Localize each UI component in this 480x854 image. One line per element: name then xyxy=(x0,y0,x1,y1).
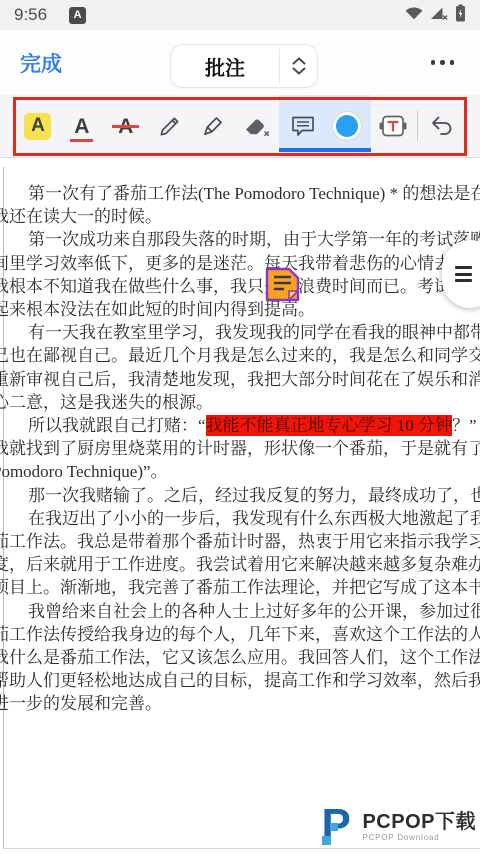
text-segment: 度，后来就用于工作进度。我尝试着用它来解决越来越多复杂难办的事情 xyxy=(0,555,480,574)
text-segment: 间里学习效率低下，更多的是迷茫。每天我带着悲伤的心情去学校，我 xyxy=(0,254,480,273)
dot xyxy=(440,60,445,65)
eraser-icon xyxy=(243,114,271,138)
page-bottom-edge xyxy=(3,848,480,849)
document-line: 茄工作法。我总是带着那个番茄计时器，热衷于用它来指示我学习的时间 xyxy=(0,530,480,553)
text-segment: 茄工作法传授给我身边的每个人，几年下来，喜欢这个工作法的人们越来 xyxy=(0,625,480,644)
text-segment: 我什么是番茄工作法，它又该怎么应用。我回答人们，这个工作法是我们 xyxy=(0,648,480,667)
text-segment: 有一天我在教室里学习，我发现我的同学在看我的眼神中都带着异样 xyxy=(28,323,480,342)
text-segment: 项目上。渐渐地，我完善了番茄工作法理论，并把它写成了这本书。 xyxy=(0,578,480,597)
strikethrough-text-tool[interactable]: A xyxy=(104,100,148,152)
pcpop-logo-icon: P xyxy=(321,806,357,848)
underline-text-tool[interactable]: A xyxy=(60,100,104,152)
color-swatch-tool[interactable] xyxy=(325,100,369,152)
strikethrough-icon: A xyxy=(116,116,135,137)
comment-icon xyxy=(290,114,316,138)
text-segment: 茄工作法。我总是带着那个番茄计时器，热衷于用它来指示我学习的时间 xyxy=(0,532,480,551)
document-line: 项目上。渐渐地，我完善了番茄工作法理论，并把它写成了这本书。 xyxy=(0,576,480,599)
watermark: P PCPOP下载 PCPOP Download xyxy=(321,806,476,848)
done-button[interactable]: 完成 xyxy=(20,48,62,78)
document-line: 有一天我在教室里学习，我发现我的同学在看我的眼神中都带着异样 xyxy=(0,321,480,344)
text-segment: 我曾给来自社会上的各种人士上过好多年的公开课，参加过很多次的 xyxy=(28,602,480,621)
annotation-toolbar: A A A xyxy=(0,95,480,158)
document-line: 我就找到了厨房里烧菜用的计时器，形状像一个番茄，于是就有了 xyxy=(0,437,480,460)
text-segment: 第一次有了番茄工作法(The Pomodoro Technique) * 的想法… xyxy=(28,184,480,203)
toolbar-divider xyxy=(417,111,418,141)
document-page[interactable]: 第一次有了番茄工作法(The Pomodoro Technique) * 的想法… xyxy=(0,159,480,854)
wifi-icon xyxy=(405,6,423,25)
more-options-button[interactable] xyxy=(427,56,459,69)
document-line: 茄工作法传授给我身边的每个人，几年下来，喜欢这个工作法的人们越来 xyxy=(0,623,480,646)
document-lines: 第一次有了番茄工作法(The Pomodoro Technique) * 的想法… xyxy=(0,182,480,716)
document-line: 在我迈出了小小的一步后，我发现有什么东西极大地激起了我对学习 xyxy=(0,507,480,530)
text-segment: 所以我就跟自己打赌：“ xyxy=(28,416,206,435)
document-line: 第一次成功来自那段失落的时期，由于大学第一年的考试落败，使我 xyxy=(0,228,480,251)
mode-label: 批注 xyxy=(171,45,279,87)
document-line: 进一步的发展和完善。 xyxy=(0,692,480,715)
marker-icon xyxy=(200,113,226,139)
clock: 9:56 xyxy=(14,5,47,25)
annotation-app-screen: 9:56 A 完成 批注 xyxy=(0,0,480,854)
eraser-tool[interactable] xyxy=(235,100,279,152)
text-segment: 我就找到了厨房里烧菜用的计时器，形状像一个番茄，于是就有了 xyxy=(0,439,480,458)
text-segment: Pomodoro Technique)”。 xyxy=(0,462,168,481)
text-segment: 己也在鄙视自己。最近几个月我是怎么过来的，我是怎么和同学交往的，我 xyxy=(0,346,480,365)
chevron-up-icon xyxy=(292,57,306,65)
pencil-icon xyxy=(157,113,183,139)
document-line: 我还在读大一的时候。 xyxy=(0,205,480,228)
marker-tool[interactable] xyxy=(192,100,236,152)
document-line: 帮助人们更轻松地达成自己的目标，提高工作和学习效率，然后我的番茄 xyxy=(0,669,480,692)
document-line: 心二意，这是我迷失的根源。 xyxy=(0,391,480,414)
fast-scroll-handle[interactable] xyxy=(442,240,480,308)
undo-icon xyxy=(429,115,455,137)
text-segment: 进一步的发展和完善。 xyxy=(0,694,162,713)
mode-spinner[interactable] xyxy=(280,45,317,87)
status-bar: 9:56 A xyxy=(0,0,480,30)
text-segment: 我还在读大一的时候。 xyxy=(0,207,162,226)
text-segment: 心二意，这是我迷失的根源。 xyxy=(0,393,213,412)
red-highlight-annotation[interactable]: 我能不能真正地专心学习 10 分钟 xyxy=(206,415,453,436)
watermark-subtitle: PCPOP Download xyxy=(362,834,476,842)
cellular-signal-off-icon xyxy=(430,6,448,25)
nav-bar: 完成 批注 xyxy=(0,30,480,95)
highlight-text-tool[interactable]: A xyxy=(16,100,60,152)
text-box-icon xyxy=(378,113,408,139)
document-line: 起来根本没法在如此短的时间内得到提高。 xyxy=(0,298,480,321)
text-box-tool[interactable] xyxy=(371,100,415,152)
document-line: 我根本不知道我在做些什么事，我只是在浪费时间而已。考试的日期越来 xyxy=(0,275,480,298)
watermark-title: PCPOP下载 xyxy=(362,812,476,832)
document-line: 度，后来就用于工作进度。我尝试着用它来解决越来越多复杂难办的事情 xyxy=(0,553,480,576)
text-segment: ？” 于是我 xyxy=(452,416,480,435)
text-segment: 那一次我赌输了。之后，经过我反复的努力，最终成功了，也就是专 xyxy=(28,486,480,505)
annotation-mode-selector[interactable]: 批注 xyxy=(170,44,318,88)
sticky-note-annotation[interactable] xyxy=(264,266,301,303)
highlight-icon: A xyxy=(24,113,51,140)
document-line: 己也在鄙视自己。最近几个月我是怎么过来的，我是怎么和同学交往的，我 xyxy=(0,344,480,367)
text-segment: 重新审视自己后，我清楚地发现，我把大部分时间花在了娱乐和消遣上， xyxy=(0,370,480,389)
document-line: 所以我就跟自己打赌：“我能不能真正地专心学习 10 分钟？” 于是我 xyxy=(0,414,480,437)
text-segment: 在我迈出了小小的一步后，我发现有什么东西极大地激起了我对学习 xyxy=(28,509,480,528)
document-line: 我什么是番茄工作法，它又该怎么应用。我回答人们，这个工作法是我们 xyxy=(0,646,480,669)
text-segment: 第一次成功来自那段失落的时期，由于大学第一年的考试落败，使我 xyxy=(28,230,480,249)
chevron-down-icon xyxy=(292,67,306,75)
dot xyxy=(431,60,436,65)
text-segment: 帮助人们更轻松地达成自己的目标，提高工作和学习效率，然后我的番茄 xyxy=(0,671,480,690)
document-line: 间里学习效率低下，更多的是迷茫。每天我带着悲伤的心情去学校，我 xyxy=(0,252,480,275)
active-tool-underline xyxy=(279,148,371,152)
document-line: 重新审视自己后，我清楚地发现，我把大部分时间花在了娱乐和消遣上， xyxy=(0,368,480,391)
battery-charging-icon xyxy=(455,4,466,27)
blue-color-dot-icon xyxy=(336,115,358,137)
comment-note-tool[interactable] xyxy=(281,100,325,152)
document-line: 那一次我赌输了。之后，经过我反复的努力，最终成功了，也就是专 xyxy=(0,484,480,507)
document-line: 我曾给来自社会上的各种人士上过好多年的公开课，参加过很多次的 xyxy=(0,600,480,623)
dot xyxy=(450,60,455,65)
undo-button[interactable] xyxy=(420,100,464,152)
text-segment: 我根本不知道我在做些什么事，我只是在浪费时间而已。考试的日期越来 xyxy=(0,277,480,296)
selected-tool-group xyxy=(279,95,371,157)
document-line: Pomodoro Technique)”。 xyxy=(0,460,480,483)
pencil-tool[interactable] xyxy=(148,100,192,152)
sticky-note-icon xyxy=(264,266,301,303)
underline-icon: A xyxy=(72,116,91,137)
document-line: 第一次有了番茄工作法(The Pomodoro Technique) * 的想法… xyxy=(0,182,480,205)
ime-badge-icon: A xyxy=(69,7,86,24)
